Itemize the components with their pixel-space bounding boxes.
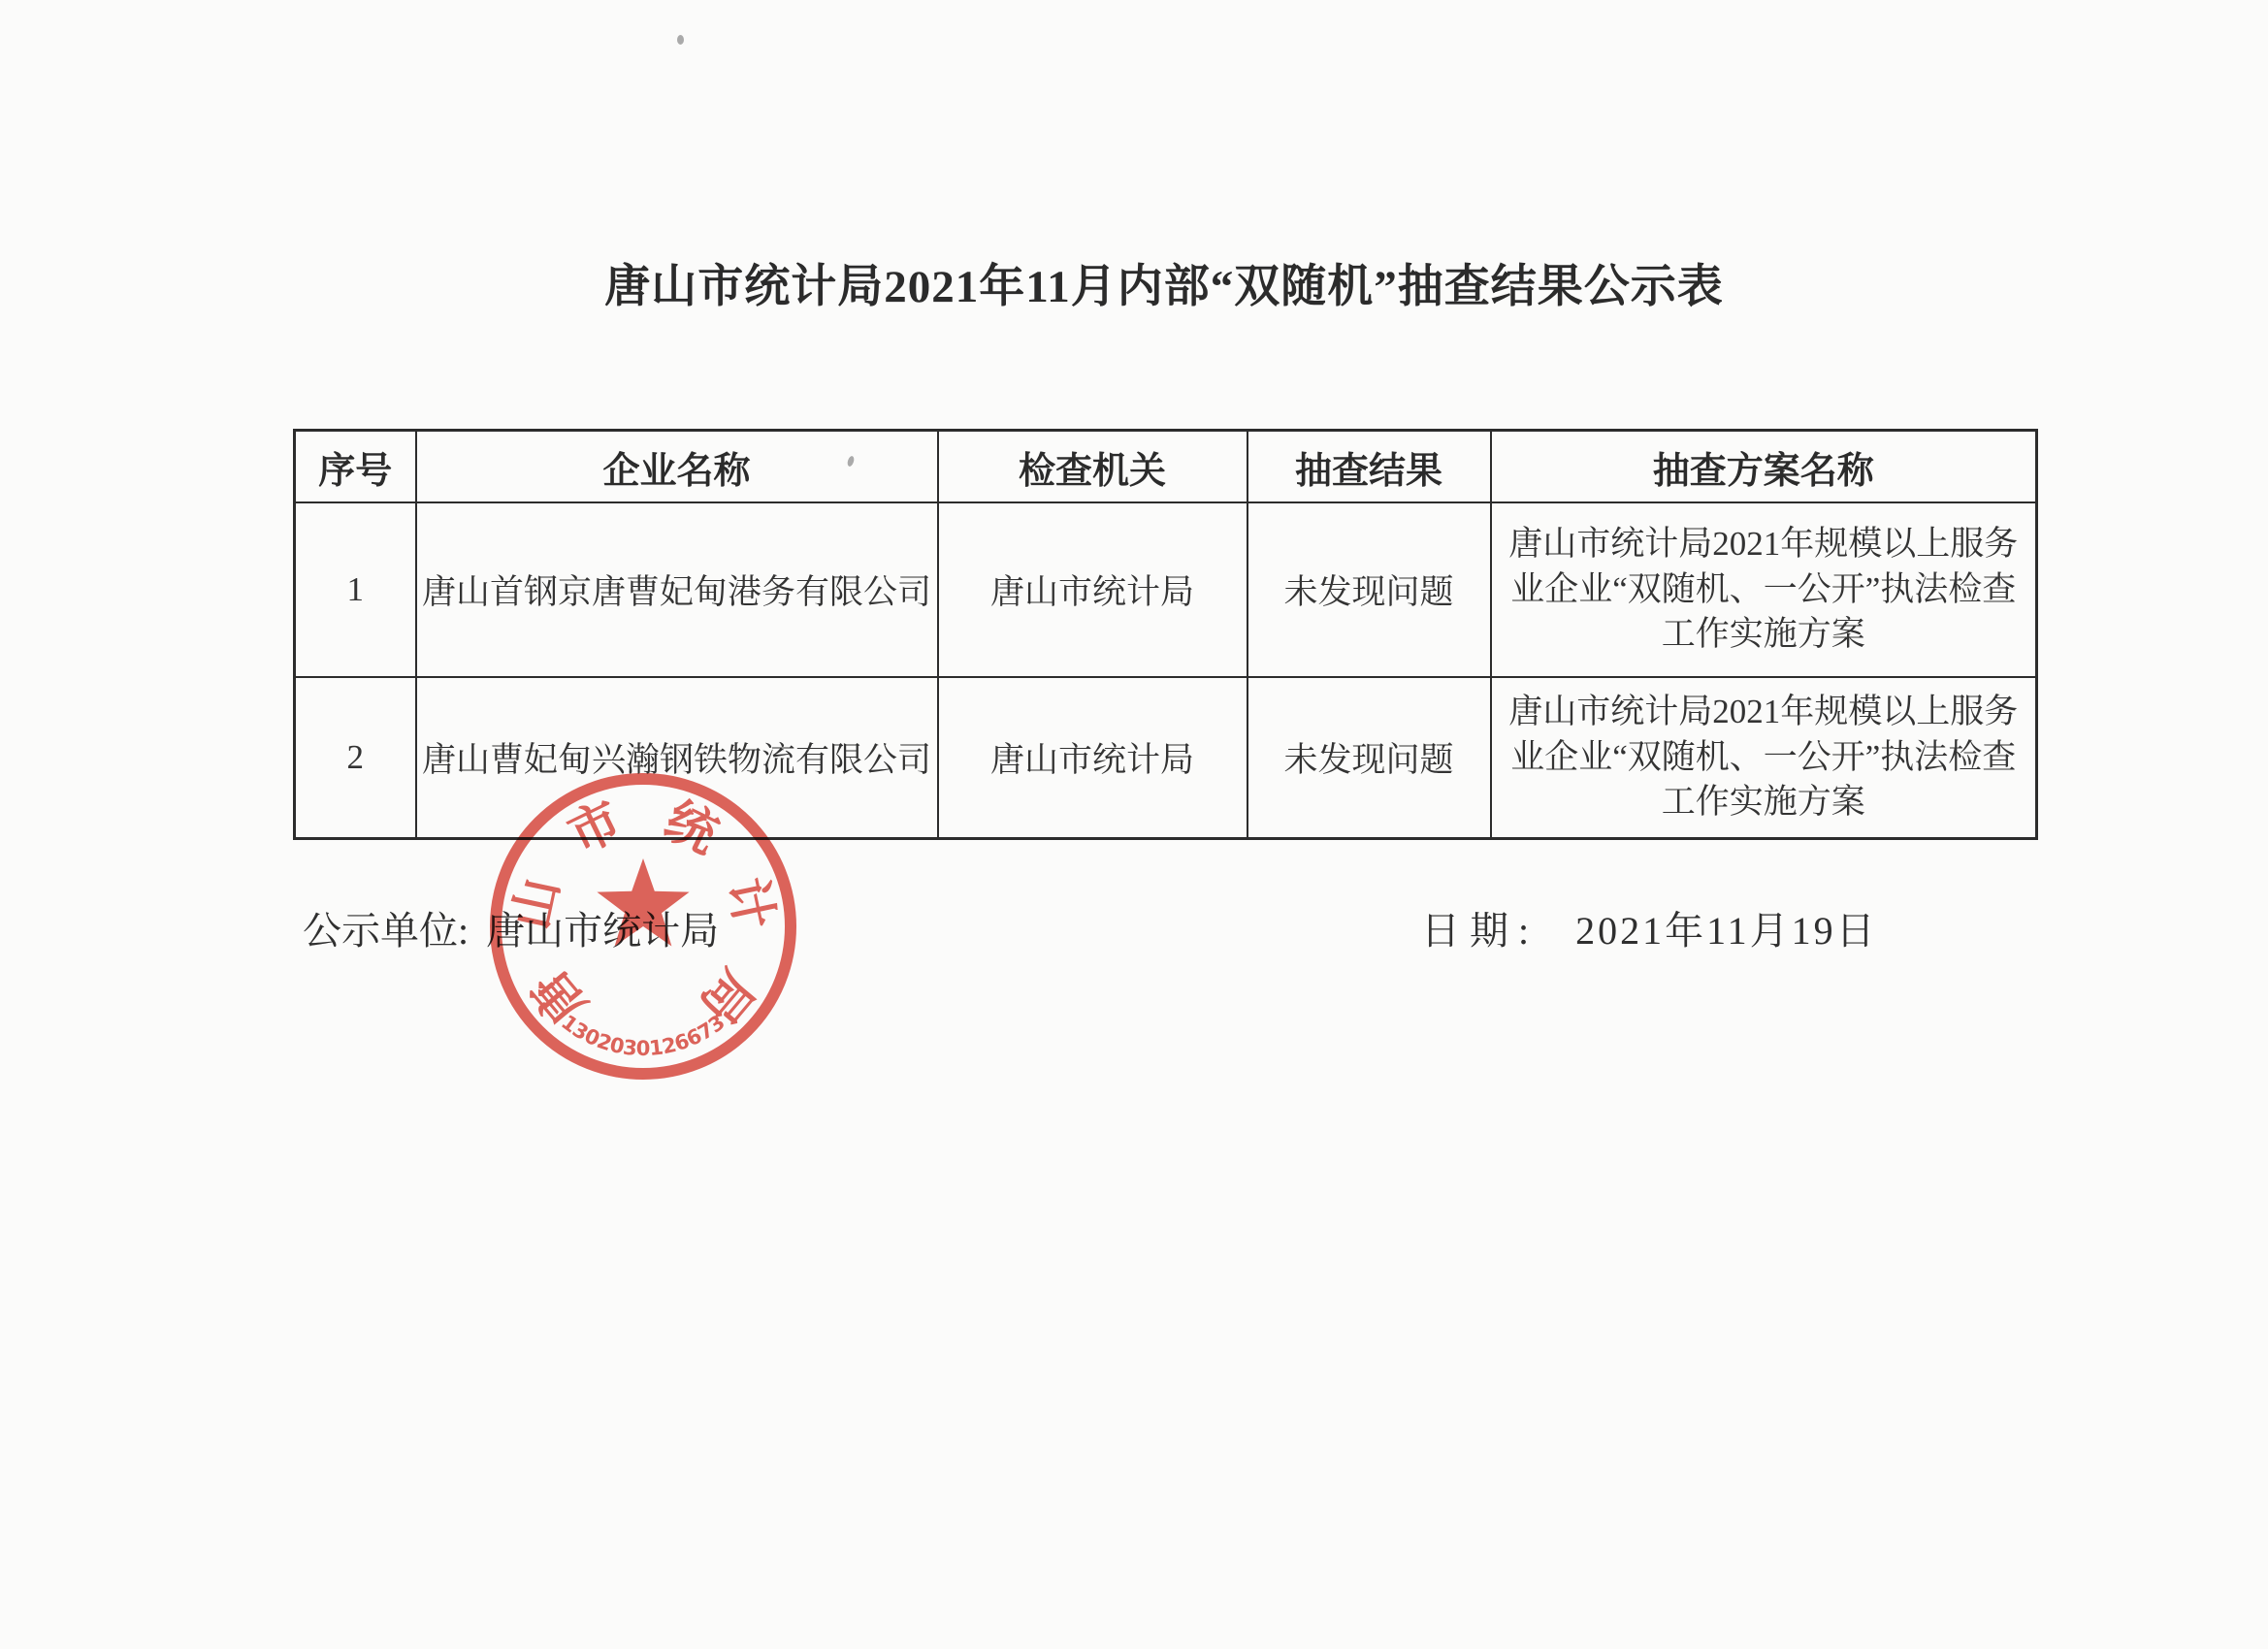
date-value: 2021年11月19日 (1575, 909, 1878, 953)
cell-agency: 唐山市统计局 (938, 502, 1247, 677)
page-title: 唐山市统计局2021年11月内部“双随机”抽查结果公示表 (293, 250, 2035, 315)
cell-agency: 唐山市统计局 (938, 677, 1247, 839)
svg-text:计: 计 (717, 873, 782, 934)
table-row: 1 唐山首钢京唐曹妃甸港务有限公司 唐山市统计局 未发现问题 唐山市统计局202… (295, 502, 2037, 677)
publisher-label: 公示单位: (303, 909, 469, 953)
cell-plan: 唐山市统计局2021年规模以上服务业企业“双随机、一公开”执法检查工作实施方案 (1491, 677, 2037, 839)
seal-serial-number: 1302030126673 (557, 1011, 729, 1060)
table-header-row: 序号 企业名称 检查机关 抽查结果 抽查方案名称 (295, 431, 2037, 503)
cell-result: 未发现问题 (1247, 502, 1491, 677)
official-seal: 唐山市统计局 1302030126673 (478, 761, 808, 1091)
cell-index: 1 (295, 502, 416, 677)
column-header-result: 抽查结果 (1247, 431, 1491, 503)
date-line: 日期:2021年11月19日 (1421, 900, 1878, 955)
column-header-company: 企业名称 (416, 431, 938, 503)
column-header-plan: 抽查方案名称 (1491, 431, 2037, 503)
cell-company: 唐山首钢京唐曹妃甸港务有限公司 (416, 502, 938, 677)
date-label: 日期: (1421, 909, 1539, 953)
seal-star-icon (597, 858, 689, 947)
cell-plan: 唐山市统计局2021年规模以上服务业企业“双随机、一公开”执法检查工作实施方案 (1491, 502, 2037, 677)
column-header-agency: 检查机关 (938, 431, 1247, 503)
cell-index: 2 (295, 677, 416, 839)
scan-speck (677, 35, 684, 45)
cell-result: 未发现问题 (1247, 677, 1491, 839)
column-header-index: 序号 (295, 431, 416, 503)
scanned-document-page: 唐山市统计局2021年11月内部“双随机”抽查结果公示表 序号 企业名称 检查机… (0, 0, 2268, 1649)
svg-text:山: 山 (504, 873, 569, 934)
